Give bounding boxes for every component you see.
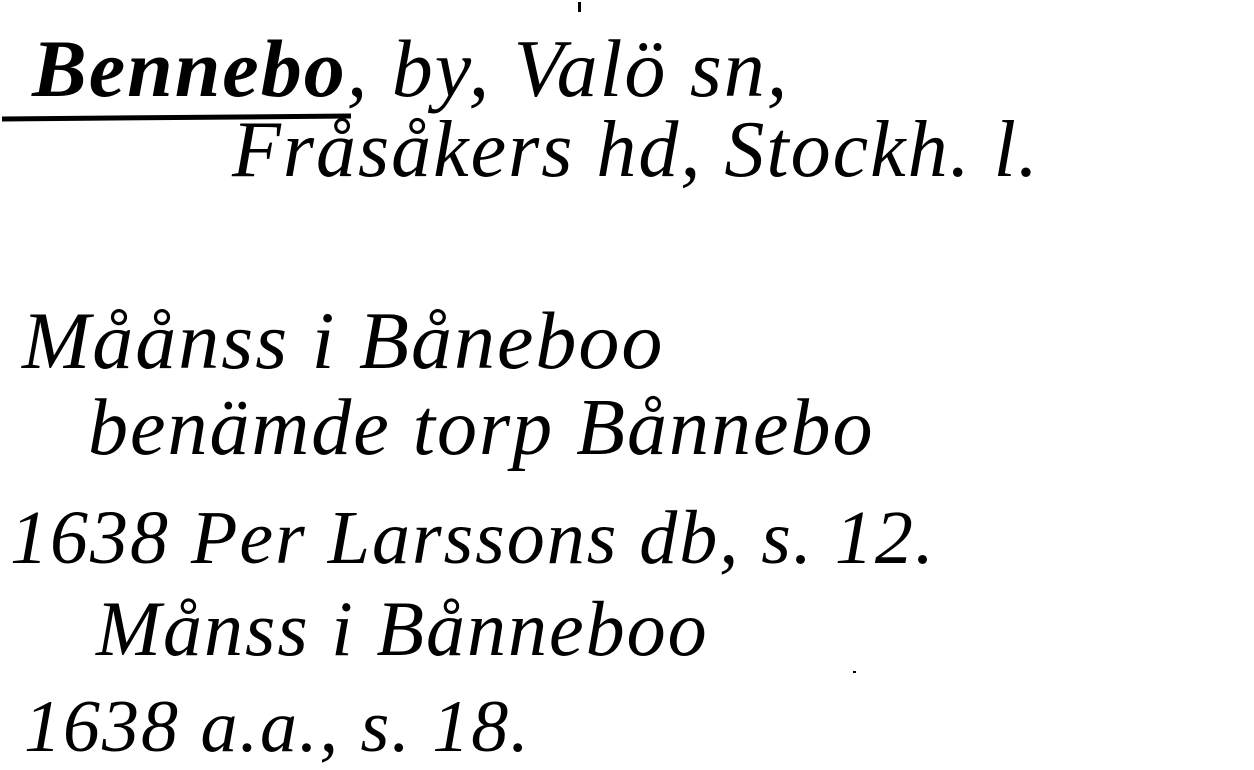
headword: Bennebo [32, 28, 347, 110]
top-tick-mark [578, 2, 581, 12]
ink-speck [853, 671, 856, 673]
headword-suffix: , by, Valö sn, [347, 23, 790, 114]
entry-1-line-2: benämde torp Bånnebo [88, 388, 875, 468]
archive-card: Bennebo, by, Valö sn, Fråsåkers hd, Stoc… [0, 0, 1254, 770]
entry-1-line-1: Måånss i Båneboo [22, 300, 664, 382]
entry-1-citation: 1638 Per Larssons db, s. 12. [10, 500, 936, 576]
entry-2-citation: 1638 a.a., s. 18. [24, 690, 531, 764]
entry-2-line-1: Månss i Bånneboo [96, 590, 709, 668]
header-line-1: Bennebo, by, Valö sn, [32, 28, 789, 110]
header-location: Fråsåkers hd, Stockh. l. [232, 110, 1040, 190]
